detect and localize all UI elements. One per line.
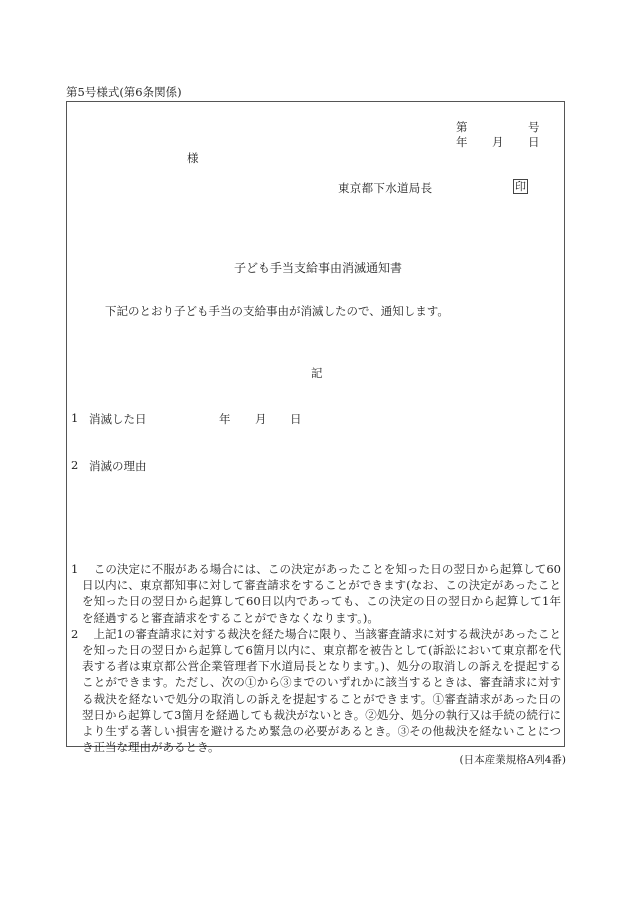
seal-icon: 印 <box>513 179 528 194</box>
paper-size-footer: (日本産業規格A列4番) <box>460 752 566 767</box>
item-number: 1 <box>71 411 78 425</box>
note-text: この決定に不服がある場合には、この決定があったことを知った日の翌日から起算して6… <box>82 562 561 625</box>
form-number: 第5号様式(第6条関係) <box>66 84 182 100</box>
item-month: 月 <box>255 411 267 427</box>
ki-label: 記 <box>311 365 323 381</box>
issuer-name: 東京都下水道局長 <box>338 180 432 196</box>
seal-mark: 印 <box>513 179 528 194</box>
date-year: 年 <box>456 134 468 150</box>
body-text: 下記のとおり子ども手当の支給事由が消滅したので、通知します。 <box>105 303 449 319</box>
item-label: 消滅の理由 <box>89 458 147 474</box>
date-month: 月 <box>492 134 504 150</box>
number-prefix: 第 <box>456 119 468 135</box>
item-label: 消滅した日 <box>89 411 147 427</box>
document-title: 子ども手当支給事由消滅通知書 <box>234 259 402 276</box>
note-number: 2 <box>71 626 82 642</box>
note-1: 1 この決定に不服がある場合には、この決定があったことを知った日の翌日から起算し… <box>71 561 561 626</box>
item-year: 年 <box>219 411 231 427</box>
note-2: 2 上記1の審査請求に対する裁決を経た場合に限り、当該審査請求に対する裁決があっ… <box>71 626 561 756</box>
note-number: 1 <box>71 561 82 577</box>
addressee-suffix: 様 <box>187 150 199 166</box>
notice-form-frame: 第 号 年 月 日 様 東京都下水道局長 印 子ども手当支給事由消滅通知書 下記… <box>66 101 565 747</box>
item-number: 2 <box>71 458 78 472</box>
number-suffix: 号 <box>528 119 540 135</box>
note-text: 上記1の審査請求に対する裁決を経た場合に限り、当該審査請求に対する裁決があったこ… <box>82 627 561 754</box>
item-day: 日 <box>290 411 302 427</box>
notes-section: 1 この決定に不服がある場合には、この決定があったことを知った日の翌日から起算し… <box>71 561 561 755</box>
date-day: 日 <box>528 134 540 150</box>
